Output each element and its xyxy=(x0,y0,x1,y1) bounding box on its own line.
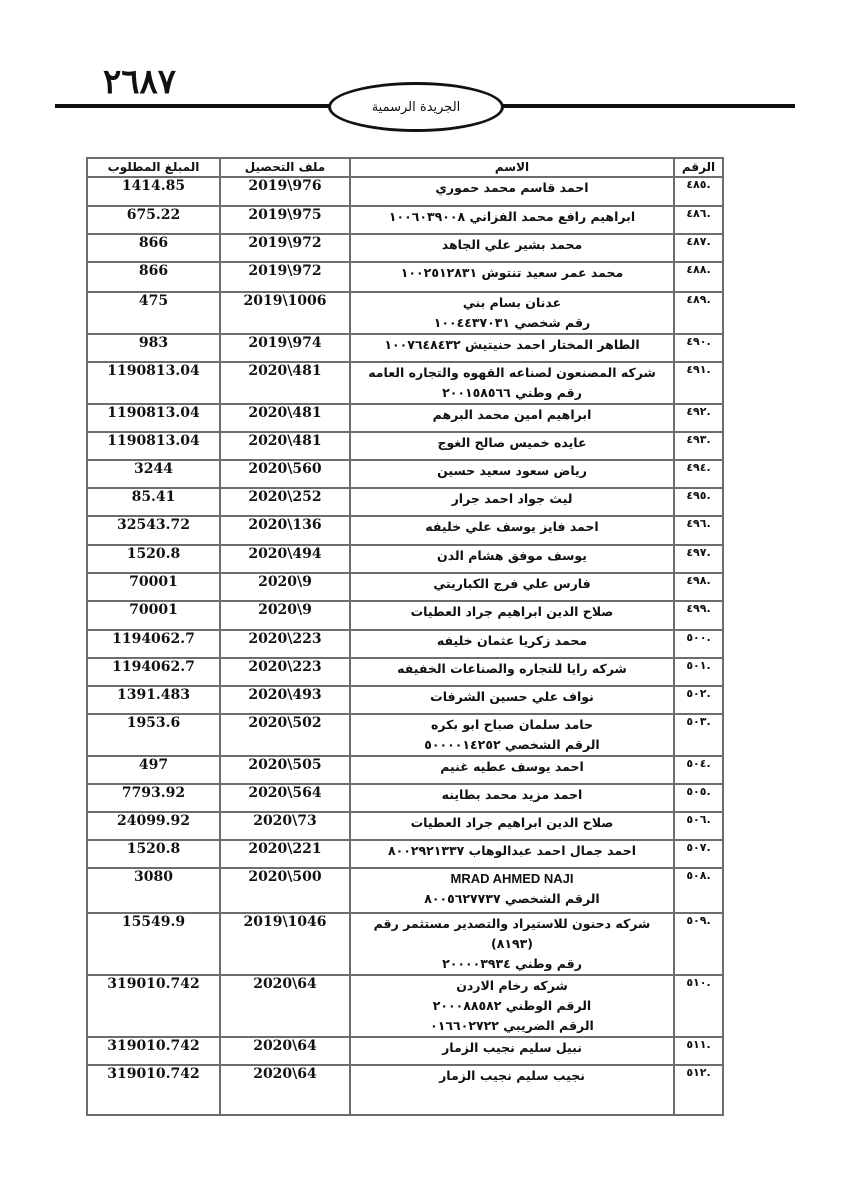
publication-title: الجريدة الرسمية xyxy=(372,100,461,115)
table-body: .٤٨٥احمد قاسم محمد حموري976\20191414.85.… xyxy=(87,177,723,1115)
row-name: شركه دحنون للاستيراد والتصدير مستثمر رقم… xyxy=(350,913,674,975)
row-amount-due: 15549.9 xyxy=(87,913,220,975)
name-primary-line: محمد زكريا عثمان خليفه xyxy=(355,631,669,651)
row-number: .٥٠٣ xyxy=(674,714,723,756)
row-name: نجيب سليم نجيب الزمار xyxy=(350,1065,674,1115)
table-row: .٥٠٦صلاح الدين ابراهيم جراد العطيات73\20… xyxy=(87,812,723,840)
row-collection-file: 1006\2019 xyxy=(220,292,350,334)
row-amount-due: 1391.483 xyxy=(87,686,220,714)
row-name: ليث جواد احمد جرار xyxy=(350,488,674,516)
row-number: .٥٠٩ xyxy=(674,913,723,975)
row-name: شركه المصنعون لصناعه القهوه والتجاره الع… xyxy=(350,362,674,404)
row-amount-due: 1520.8 xyxy=(87,545,220,573)
table-row: .٥١١نبيل سليم نجيب الزمار64\2020319010.7… xyxy=(87,1037,723,1065)
name-primary-line: نجيب سليم نجيب الزمار xyxy=(355,1066,669,1086)
name-primary-line: ابراهيم امين محمد البرهم xyxy=(355,405,669,425)
row-collection-file: 73\2020 xyxy=(220,812,350,840)
row-collection-file: 223\2020 xyxy=(220,630,350,658)
row-number: .٤٩٦ xyxy=(674,516,723,545)
name-primary-line: محمد بشير علي الجاهد xyxy=(355,235,669,255)
row-number: .٤٨٩ xyxy=(674,292,723,334)
row-name: عدنان بسام بنيرقم شخصي ١٠٠٤٤٣٧٠٣١ xyxy=(350,292,674,334)
row-collection-file: 221\2020 xyxy=(220,840,350,868)
table-row: .٤٩٦احمد فايز يوسف علي خليفه136\20203254… xyxy=(87,516,723,545)
row-amount-due: 1190813.04 xyxy=(87,404,220,432)
row-number: .٥٠٠ xyxy=(674,630,723,658)
row-number: .٥٠٤ xyxy=(674,756,723,784)
row-number: .٥١٢ xyxy=(674,1065,723,1115)
row-name: رياض سعود سعيد حسين xyxy=(350,460,674,488)
row-name: حامد سلمان صباح ابو بكرهالرقم الشخصي ٥٠٠… xyxy=(350,714,674,756)
row-number: .٥٠٦ xyxy=(674,812,723,840)
table-row: .٥٠٢نواف علي حسين الشرفات493\20201391.48… xyxy=(87,686,723,714)
name-primary-line: رياض سعود سعيد حسين xyxy=(355,461,669,481)
row-collection-file: 974\2019 xyxy=(220,334,350,362)
name-primary-line: نواف علي حسين الشرفات xyxy=(355,687,669,707)
row-name: احمد يوسف عطيه غنيم xyxy=(350,756,674,784)
row-amount-due: 85.41 xyxy=(87,488,220,516)
name-primary-line: الطاهر المختار احمد حنيتيش ١٠٠٧٦٤٨٤٣٢ xyxy=(355,335,669,355)
row-name: ابراهيم امين محمد البرهم xyxy=(350,404,674,432)
row-number: .٥٠٥ xyxy=(674,784,723,812)
name-primary-line: حامد سلمان صباح ابو بكره xyxy=(355,715,669,735)
name-primary-line: شركه رايا للتجاره والصناعات الخفيفه xyxy=(355,659,669,679)
row-amount-due: 7793.92 xyxy=(87,784,220,812)
name-primary-line: محمد عمر سعيد تنتوش ١٠٠٢٥١٢٨٣١ xyxy=(355,263,669,283)
row-collection-file: 975\2019 xyxy=(220,206,350,234)
name-primary-line: يوسف موفق هشام الدن xyxy=(355,546,669,566)
row-number: .٤٩٨ xyxy=(674,573,723,601)
row-amount-due: 475 xyxy=(87,292,220,334)
row-amount-due: 24099.92 xyxy=(87,812,220,840)
name-primary-line: احمد مزيد محمد بطاينه xyxy=(355,785,669,805)
name-primary-line: شركه دحنون للاستيراد والتصدير مستثمر رقم… xyxy=(355,914,669,954)
column-header-amount-due: المبلغ المطلوب xyxy=(87,158,220,177)
row-number: .٥٠٢ xyxy=(674,686,723,714)
row-name: عايده خميس صالح الغوج xyxy=(350,432,674,460)
table-row: .٤٨٧محمد بشير علي الجاهد972\2019866 xyxy=(87,234,723,262)
name-primary-line: احمد جمال احمد عبدالوهاب ٨٠٠٢٩٢١٣٣٧ xyxy=(355,841,669,861)
row-name: احمد فايز يوسف علي خليفه xyxy=(350,516,674,545)
table-row: .٤٨٥احمد قاسم محمد حموري976\20191414.85 xyxy=(87,177,723,206)
row-collection-file: 972\2019 xyxy=(220,262,350,292)
row-name: محمد عمر سعيد تنتوش ١٠٠٢٥١٢٨٣١ xyxy=(350,262,674,292)
name-detail-line: رقم وطني ٢٠٠١٥٨٥٦٦ xyxy=(355,383,669,403)
row-name: يوسف موفق هشام الدن xyxy=(350,545,674,573)
row-collection-file: 505\2020 xyxy=(220,756,350,784)
table-row: .٥٠٣حامد سلمان صباح ابو بكرهالرقم الشخصي… xyxy=(87,714,723,756)
publication-title-ellipse: الجريدة الرسمية xyxy=(328,82,504,132)
name-primary-line: صلاح الدين ابراهيم جراد العطيات xyxy=(355,813,669,833)
name-primary-line: ليث جواد احمد جرار xyxy=(355,489,669,509)
name-primary-line: عدنان بسام بني xyxy=(355,293,669,313)
name-primary-line: صلاح الدين ابراهيم جراد العطيات xyxy=(355,602,669,622)
row-number: .٤٨٥ xyxy=(674,177,723,206)
row-collection-file: 223\2020 xyxy=(220,658,350,686)
row-number: .٥١٠ xyxy=(674,975,723,1037)
row-amount-due: 866 xyxy=(87,262,220,292)
row-number: .٤٩٩ xyxy=(674,601,723,630)
row-number: .٤٨٨ xyxy=(674,262,723,292)
row-collection-file: 976\2019 xyxy=(220,177,350,206)
row-number: .٥٠٨ xyxy=(674,868,723,913)
row-number: .٤٩١ xyxy=(674,362,723,404)
name-primary-line: احمد فايز يوسف علي خليفه xyxy=(355,517,669,537)
row-collection-file: 500\2020 xyxy=(220,868,350,913)
table-row: .٥٠٧احمد جمال احمد عبدالوهاب ٨٠٠٢٩٢١٣٣٧2… xyxy=(87,840,723,868)
row-collection-file: 136\2020 xyxy=(220,516,350,545)
table-row: .٤٨٩عدنان بسام بنيرقم شخصي ١٠٠٤٤٣٧٠٣١100… xyxy=(87,292,723,334)
row-amount-due: 1520.8 xyxy=(87,840,220,868)
table-row: .٥١٢نجيب سليم نجيب الزمار64\2020319010.7… xyxy=(87,1065,723,1115)
name-detail-line: الرقم الوطني ٢٠٠٠٨٨٥٨٢ xyxy=(355,996,669,1016)
column-header-name: الاسم xyxy=(350,158,674,177)
header-rule-right xyxy=(500,104,795,108)
row-number: .٥١١ xyxy=(674,1037,723,1065)
row-collection-file: 64\2020 xyxy=(220,1037,350,1065)
row-name: نبيل سليم نجيب الزمار xyxy=(350,1037,674,1065)
row-collection-file: 494\2020 xyxy=(220,545,350,573)
name-primary-line: احمد قاسم محمد حموري xyxy=(355,178,669,198)
row-collection-file: 9\2020 xyxy=(220,573,350,601)
table-row: .٥٠٥احمد مزيد محمد بطاينه564\20207793.92 xyxy=(87,784,723,812)
table-row: .٤٨٨محمد عمر سعيد تنتوش ١٠٠٢٥١٢٨٣١972\20… xyxy=(87,262,723,292)
table-row: .٥٠٤احمد يوسف عطيه غنيم505\2020497 xyxy=(87,756,723,784)
table-header-row: الرقم الاسم ملف التحصيل المبلغ المطلوب xyxy=(87,158,723,177)
row-collection-file: 564\2020 xyxy=(220,784,350,812)
row-name: صلاح الدين ابراهيم جراد العطيات xyxy=(350,812,674,840)
row-name: محمد بشير علي الجاهد xyxy=(350,234,674,262)
row-amount-due: 866 xyxy=(87,234,220,262)
row-amount-due: 1190813.04 xyxy=(87,432,220,460)
table-row: .٤٩٥ليث جواد احمد جرار252\202085.41 xyxy=(87,488,723,516)
table-row: .٤٩٨فارس علي فرج الكباريتي9\202070001 xyxy=(87,573,723,601)
row-name: MRAD AHMED NAJIالرقم الشخصي ٨٠٠٥٦٢٧٧٣٧ xyxy=(350,868,674,913)
row-amount-due: 675.22 xyxy=(87,206,220,234)
table-row: .٤٨٦ابراهيم رافع محمد الفزاني ١٠٠٦٠٣٩٠٠٨… xyxy=(87,206,723,234)
row-collection-file: 481\2020 xyxy=(220,432,350,460)
row-name: محمد زكريا عثمان خليفه xyxy=(350,630,674,658)
name-primary-line: MRAD AHMED NAJI xyxy=(355,869,669,889)
row-collection-file: 9\2020 xyxy=(220,601,350,630)
name-primary-line: نبيل سليم نجيب الزمار xyxy=(355,1038,669,1058)
row-name: احمد قاسم محمد حموري xyxy=(350,177,674,206)
row-name: شركه رخام الاردنالرقم الوطني ٢٠٠٠٨٨٥٨٢ال… xyxy=(350,975,674,1037)
name-primary-line: فارس علي فرج الكباريتي xyxy=(355,574,669,594)
row-collection-file: 481\2020 xyxy=(220,404,350,432)
name-detail-line: الرقم الشخصي ٥٠٠٠٠١٤٢٥٢ xyxy=(355,735,669,755)
table-row: .٤٩٠الطاهر المختار احمد حنيتيش ١٠٠٧٦٤٨٤٣… xyxy=(87,334,723,362)
table-row: .٤٩٩صلاح الدين ابراهيم جراد العطيات9\202… xyxy=(87,601,723,630)
row-number: .٤٩٤ xyxy=(674,460,723,488)
row-collection-file: 1046\2019 xyxy=(220,913,350,975)
row-collection-file: 64\2020 xyxy=(220,1065,350,1115)
row-amount-due: 70001 xyxy=(87,573,220,601)
row-amount-due: 497 xyxy=(87,756,220,784)
row-number: .٤٩٣ xyxy=(674,432,723,460)
name-primary-line: شركه رخام الاردن xyxy=(355,976,669,996)
row-amount-due: 1194062.7 xyxy=(87,630,220,658)
row-amount-due: 1414.85 xyxy=(87,177,220,206)
table-row: .٥٠٨MRAD AHMED NAJIالرقم الشخصي ٨٠٠٥٦٢٧٧… xyxy=(87,868,723,913)
row-collection-file: 502\2020 xyxy=(220,714,350,756)
name-detail-line: الرقم الضريبي ٠١٦٦٠٢٧٢٢ xyxy=(355,1016,669,1036)
row-amount-due: 1194062.7 xyxy=(87,658,220,686)
row-name: شركه رايا للتجاره والصناعات الخفيفه xyxy=(350,658,674,686)
row-number: .٥٠١ xyxy=(674,658,723,686)
row-amount-due: 319010.742 xyxy=(87,1065,220,1115)
header-rule-left xyxy=(55,104,330,108)
name-primary-line: عايده خميس صالح الغوج xyxy=(355,433,669,453)
page-number: ٢٦٨٧ xyxy=(103,62,176,102)
debtors-table: الرقم الاسم ملف التحصيل المبلغ المطلوب .… xyxy=(86,157,724,1116)
row-number: .٤٨٧ xyxy=(674,234,723,262)
row-amount-due: 1190813.04 xyxy=(87,362,220,404)
table-row: .٥٠٩شركه دحنون للاستيراد والتصدير مستثمر… xyxy=(87,913,723,975)
row-collection-file: 560\2020 xyxy=(220,460,350,488)
row-collection-file: 972\2019 xyxy=(220,234,350,262)
table-row: .٥٠١شركه رايا للتجاره والصناعات الخفيفه2… xyxy=(87,658,723,686)
row-name: احمد جمال احمد عبدالوهاب ٨٠٠٢٩٢١٣٣٧ xyxy=(350,840,674,868)
row-collection-file: 493\2020 xyxy=(220,686,350,714)
row-amount-due: 32543.72 xyxy=(87,516,220,545)
row-number: .٤٩٧ xyxy=(674,545,723,573)
row-name: احمد مزيد محمد بطاينه xyxy=(350,784,674,812)
row-number: .٤٩٠ xyxy=(674,334,723,362)
row-number: .٥٠٧ xyxy=(674,840,723,868)
column-header-number: الرقم xyxy=(674,158,723,177)
table-row: .٤٩٤رياض سعود سعيد حسين560\20203244 xyxy=(87,460,723,488)
name-primary-line: ابراهيم رافع محمد الفزاني ١٠٠٦٠٣٩٠٠٨ xyxy=(355,207,669,227)
row-amount-due: 319010.742 xyxy=(87,975,220,1037)
table-row: .٤٩٣عايده خميس صالح الغوج481\20201190813… xyxy=(87,432,723,460)
column-header-collection-file: ملف التحصيل xyxy=(220,158,350,177)
row-name: فارس علي فرج الكباريتي xyxy=(350,573,674,601)
row-amount-due: 3244 xyxy=(87,460,220,488)
name-detail-line: الرقم الشخصي ٨٠٠٥٦٢٧٧٣٧ xyxy=(355,889,669,909)
table-row: .٥١٠شركه رخام الاردنالرقم الوطني ٢٠٠٠٨٨٥… xyxy=(87,975,723,1037)
table-row: .٤٩٢ابراهيم امين محمد البرهم481\20201190… xyxy=(87,404,723,432)
table-row: .٤٩١شركه المصنعون لصناعه القهوه والتجاره… xyxy=(87,362,723,404)
name-detail-line: رقم وطني ٢٠٠٠٠٣٩٣٤ xyxy=(355,954,669,974)
row-name: الطاهر المختار احمد حنيتيش ١٠٠٧٦٤٨٤٣٢ xyxy=(350,334,674,362)
row-collection-file: 481\2020 xyxy=(220,362,350,404)
row-amount-due: 3080 xyxy=(87,868,220,913)
row-amount-due: 70001 xyxy=(87,601,220,630)
row-collection-file: 64\2020 xyxy=(220,975,350,1037)
row-number: .٤٨٦ xyxy=(674,206,723,234)
row-name: صلاح الدين ابراهيم جراد العطيات xyxy=(350,601,674,630)
row-number: .٤٩٢ xyxy=(674,404,723,432)
row-name: نواف علي حسين الشرفات xyxy=(350,686,674,714)
row-collection-file: 252\2020 xyxy=(220,488,350,516)
row-amount-due: 983 xyxy=(87,334,220,362)
row-number: .٤٩٥ xyxy=(674,488,723,516)
table-row: .٤٩٧يوسف موفق هشام الدن494\20201520.8 xyxy=(87,545,723,573)
name-detail-line: رقم شخصي ١٠٠٤٤٣٧٠٣١ xyxy=(355,313,669,333)
table-row: .٥٠٠محمد زكريا عثمان خليفه223\2020119406… xyxy=(87,630,723,658)
row-amount-due: 1953.6 xyxy=(87,714,220,756)
row-amount-due: 319010.742 xyxy=(87,1037,220,1065)
name-primary-line: احمد يوسف عطيه غنيم xyxy=(355,757,669,777)
name-primary-line: شركه المصنعون لصناعه القهوه والتجاره الع… xyxy=(355,363,669,383)
row-name: ابراهيم رافع محمد الفزاني ١٠٠٦٠٣٩٠٠٨ xyxy=(350,206,674,234)
